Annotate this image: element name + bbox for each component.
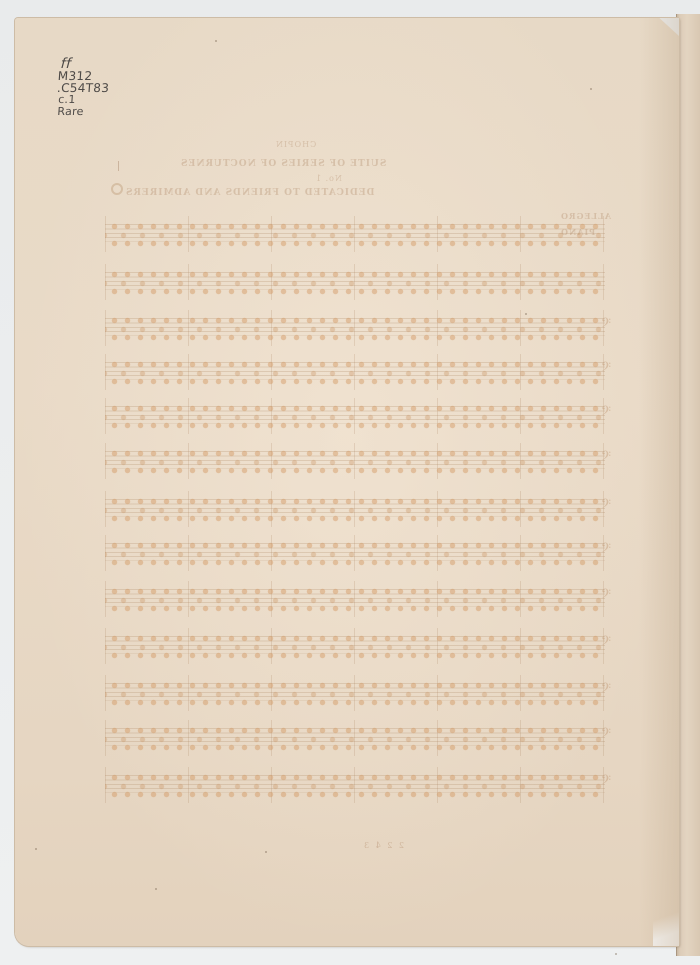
bleed-staff: 𝄢: [105, 362, 605, 380]
bleed-staff: 𝄢: [105, 318, 605, 336]
adjacent-page-edge: [676, 14, 700, 956]
bleed-staff: [105, 224, 605, 242]
bleed-staff: 𝄢: [105, 636, 605, 654]
sheet-music-page: ff M312 .C54T83 c.1 Rare CHOPIN SUITE OF…: [15, 18, 679, 946]
bleed-title: CHOPIN: [275, 140, 316, 149]
bleed-staff: 𝄢: [105, 451, 605, 469]
bleed-staff: 𝄢: [105, 683, 605, 701]
bleed-staff: 𝄢: [105, 728, 605, 746]
bleed-dedication: DEDICATED TO FRIENDS AND ADMIRERS: [125, 188, 375, 198]
bleed-staff: 𝄢: [105, 499, 605, 517]
bleed-staff: [105, 272, 605, 290]
bleed-staff: 𝄢: [105, 543, 605, 561]
handwritten-call-number: ff M312 .C54T83 c.1 Rare: [55, 58, 111, 118]
bleed-mark: [118, 161, 119, 171]
torn-corner: [651, 18, 679, 36]
call-number-line: Rare: [57, 106, 108, 118]
bleed-staff: 𝄢: [105, 775, 605, 793]
bleed-number: No. 1: [315, 174, 342, 183]
bleed-plate-number: 2 2 4 3: [362, 841, 404, 850]
bleed-subtitle: SUITE OF SERIES OF NOCTURNES: [180, 159, 386, 169]
bleed-staff: 𝄢: [105, 406, 605, 424]
page-curl: [653, 906, 679, 946]
bleed-staff: 𝄢: [105, 589, 605, 607]
bleed-ring-mark: [111, 183, 123, 195]
